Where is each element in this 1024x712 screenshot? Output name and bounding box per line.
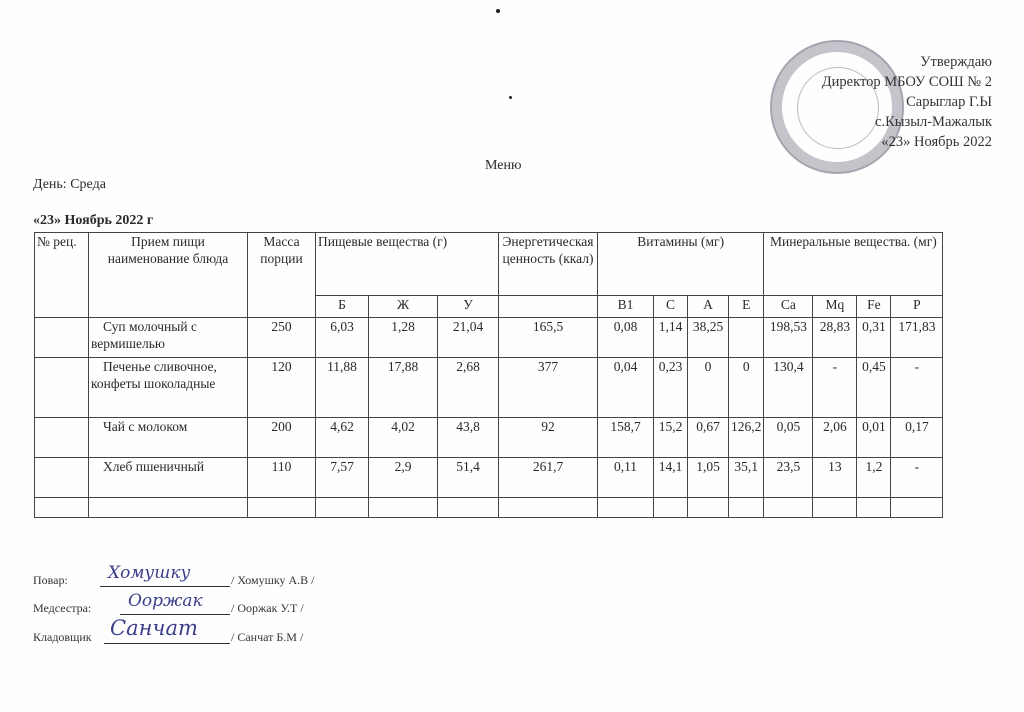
date-label: «23» Ноябрь 2022 г: [33, 213, 153, 229]
subheader: P: [891, 296, 943, 318]
cell-ca: 23,5: [764, 458, 813, 498]
scan-speck: [496, 9, 500, 13]
cell-mass: 250: [248, 318, 316, 358]
table-row: Суп молочный с вермишелью2506,031,2821,0…: [35, 318, 943, 358]
signature-line: [104, 643, 230, 644]
signature-role: Медсестра:: [33, 601, 91, 615]
cell-b1: [598, 498, 654, 518]
cell-c: 14,1: [654, 458, 688, 498]
cell-energy: 377: [499, 358, 598, 418]
cell-a: [688, 498, 729, 518]
cell-zh: 2,9: [369, 458, 438, 498]
cell-b: 7,57: [316, 458, 369, 498]
cell-b: 4,62: [316, 418, 369, 458]
cell-u: 2,68: [438, 358, 499, 418]
cell-energy: [499, 498, 598, 518]
cell-dish: Чай с молоком: [89, 418, 248, 458]
subheader: Mq: [813, 296, 857, 318]
cell-b1: 0,08: [598, 318, 654, 358]
cell-dish: [89, 498, 248, 518]
signature-scrawl: Ооржак: [128, 591, 203, 611]
cell-ca: [764, 498, 813, 518]
cell-u: 43,8: [438, 418, 499, 458]
subheader: C: [654, 296, 688, 318]
cell-b: [316, 498, 369, 518]
day-label: День: Среда: [33, 177, 106, 193]
signature-name: / Ооржак У.Т /: [231, 601, 304, 616]
cell-mass: 120: [248, 358, 316, 418]
cell-b: 6,03: [316, 318, 369, 358]
page-title: Меню: [485, 158, 521, 174]
signature-line: [120, 614, 230, 615]
menu-table: № рец. Прием пищи наименование блюда Мас…: [34, 232, 943, 518]
signature-scrawl: Хомушку: [108, 563, 190, 583]
scan-speck: [509, 96, 512, 99]
cell-dish: Печенье сливочное, конфеты шоколадные: [89, 358, 248, 418]
subheader: Ж: [369, 296, 438, 318]
approval-line: с.Кызыл-Мажалык: [822, 112, 992, 132]
signature-row-storekeeper: Кладовщик: [33, 630, 92, 645]
header-dish: Прием пищи наименование блюда: [89, 233, 248, 318]
subheader: B1: [598, 296, 654, 318]
signature-name: / Санчат Б.М /: [231, 630, 303, 645]
cell-dish: Суп молочный с вермишелью: [89, 318, 248, 358]
subheader: Ca: [764, 296, 813, 318]
cell-no: [35, 358, 89, 418]
approval-line: Сарыглар Г.Ы: [822, 92, 992, 112]
cell-fe: 0,01: [857, 418, 891, 458]
cell-e: 126,2: [729, 418, 764, 458]
cell-mass: 200: [248, 418, 316, 458]
signature-row-cook: Повар:: [33, 573, 68, 588]
cell-b: 11,88: [316, 358, 369, 418]
signature-line: [100, 586, 230, 587]
signature-name: / Хомушку А.В /: [231, 573, 315, 588]
cell-mg: 28,83: [813, 318, 857, 358]
subheader: У: [438, 296, 499, 318]
cell-mass: [248, 498, 316, 518]
subheader: [499, 296, 598, 318]
cell-e: 0: [729, 358, 764, 418]
cell-e: [729, 498, 764, 518]
header-nutrients: Пищевые вещества (г): [316, 233, 499, 296]
cell-c: 15,2: [654, 418, 688, 458]
header-minerals: Минеральные вещества. (мг): [764, 233, 943, 296]
cell-e: 35,1: [729, 458, 764, 498]
cell-zh: [369, 498, 438, 518]
cell-u: 51,4: [438, 458, 499, 498]
cell-c: 1,14: [654, 318, 688, 358]
cell-mg: [813, 498, 857, 518]
signature-scrawl: Санчат: [110, 616, 198, 640]
subheader: E: [729, 296, 764, 318]
approval-line: Утверждаю: [822, 52, 992, 72]
cell-fe: 1,2: [857, 458, 891, 498]
cell-p: -: [891, 358, 943, 418]
cell-u: [438, 498, 499, 518]
cell-no: [35, 498, 89, 518]
header-mass: Масса порции: [248, 233, 316, 318]
cell-fe: 0,45: [857, 358, 891, 418]
table-row: Хлеб пшеничный1107,572,951,4261,70,1114,…: [35, 458, 943, 498]
cell-no: [35, 318, 89, 358]
subheader: Fe: [857, 296, 891, 318]
cell-u: 21,04: [438, 318, 499, 358]
cell-energy: 261,7: [499, 458, 598, 498]
approval-block: Утверждаю Директор МБОУ СОШ № 2 Сарыглар…: [822, 52, 992, 152]
signature-role: Кладовщик: [33, 630, 92, 644]
cell-p: [891, 498, 943, 518]
cell-b1: 0,11: [598, 458, 654, 498]
cell-zh: 4,02: [369, 418, 438, 458]
cell-a: 0,67: [688, 418, 729, 458]
cell-ca: 130,4: [764, 358, 813, 418]
cell-a: 1,05: [688, 458, 729, 498]
cell-mg: 13: [813, 458, 857, 498]
cell-b1: 0,04: [598, 358, 654, 418]
cell-ca: 0,05: [764, 418, 813, 458]
cell-no: [35, 458, 89, 498]
signature-role: Повар:: [33, 573, 68, 587]
subheader: Б: [316, 296, 369, 318]
cell-zh: 1,28: [369, 318, 438, 358]
table-row: Печенье сливочное, конфеты шоколадные120…: [35, 358, 943, 418]
cell-energy: 92: [499, 418, 598, 458]
cell-b1: 158,7: [598, 418, 654, 458]
cell-zh: 17,88: [369, 358, 438, 418]
cell-mg: 2,06: [813, 418, 857, 458]
cell-c: 0,23: [654, 358, 688, 418]
signature-row-nurse: Медсестра:: [33, 601, 91, 616]
approval-line: Директор МБОУ СОШ № 2: [822, 72, 992, 92]
cell-a: 38,25: [688, 318, 729, 358]
approval-line: «23» Ноябрь 2022: [822, 132, 992, 152]
table-row: Чай с молоком2004,624,0243,892158,715,20…: [35, 418, 943, 458]
cell-fe: [857, 498, 891, 518]
header-vitamins: Витамины (мг): [598, 233, 764, 296]
cell-p: 171,83: [891, 318, 943, 358]
cell-ca: 198,53: [764, 318, 813, 358]
cell-dish: Хлеб пшеничный: [89, 458, 248, 498]
cell-energy: 165,5: [499, 318, 598, 358]
subheader: A: [688, 296, 729, 318]
table-row: [35, 498, 943, 518]
cell-c: [654, 498, 688, 518]
cell-fe: 0,31: [857, 318, 891, 358]
cell-e: [729, 318, 764, 358]
cell-a: 0: [688, 358, 729, 418]
cell-p: 0,17: [891, 418, 943, 458]
header-energy: Энергетическая ценность (ккал): [499, 233, 598, 296]
cell-mass: 110: [248, 458, 316, 498]
cell-mg: -: [813, 358, 857, 418]
cell-no: [35, 418, 89, 458]
header-recipe-no: № рец.: [35, 233, 89, 318]
cell-p: -: [891, 458, 943, 498]
